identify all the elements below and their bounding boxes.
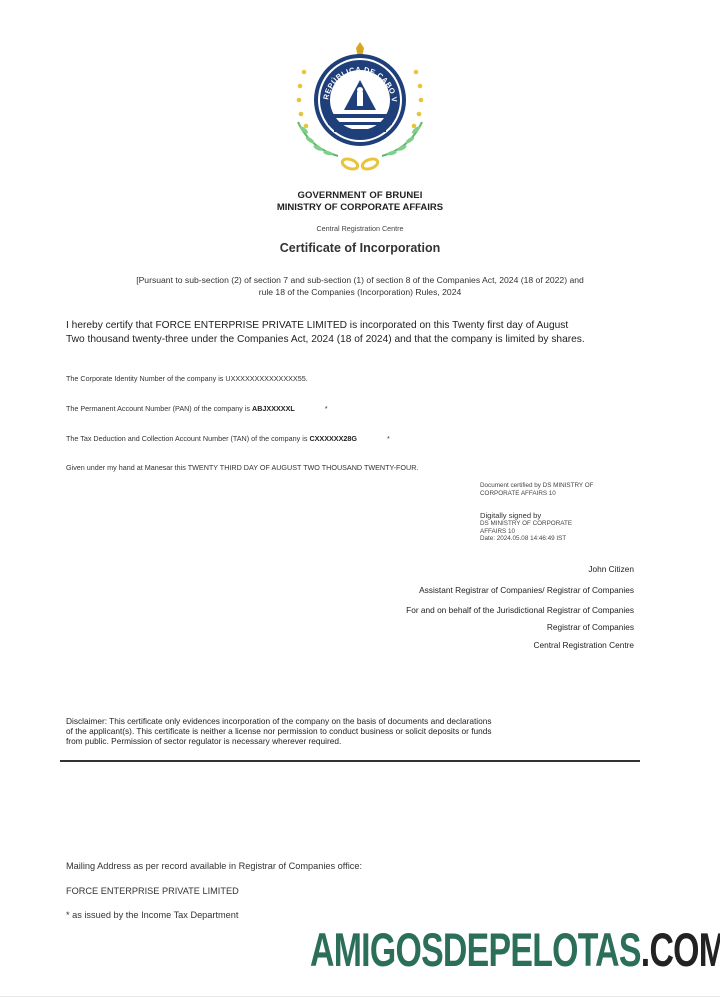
tan-line: The Tax Deduction and Collection Account… [66, 434, 390, 443]
signatory-name: John Citizen [588, 564, 634, 574]
government-heading: GOVERNMENT OF BRUNEI [0, 190, 720, 202]
tax-footnote: * as issued by the Income Tax Department [66, 910, 238, 920]
watermark-logo: AMIGOSDEPELOTAS.COM [310, 925, 720, 975]
pan-value: ABJXXXXXL [252, 404, 295, 413]
cin-line: The Corporate Identity Number of the com… [66, 374, 308, 383]
pan-asterisk: * [325, 404, 328, 413]
signatory-centre: Central Registration Centre [533, 640, 634, 650]
centre-subheading: Central Registration Centre [0, 224, 720, 233]
certificate-title: Certificate of Incorporation [0, 241, 720, 255]
certification-statement: I hereby certify that FORCE ENTERPRISE P… [66, 319, 646, 346]
disclaimer-text: Disclaimer: This certificate only eviden… [66, 716, 626, 747]
section-divider [60, 760, 640, 762]
digital-signature-block: Digitally signed by DS MINISTRY OF CORPO… [480, 512, 640, 543]
signatory-registrar: Registrar of Companies [547, 622, 634, 632]
bottom-divider [0, 996, 720, 997]
mailing-company-name: FORCE ENTERPRISE PRIVATE LIMITED [66, 886, 239, 896]
signature-date: Date: 2024.05.08 14:46:49 IST [480, 535, 640, 543]
given-under-hand-line: Given under my hand at Manesar this TWEN… [66, 463, 418, 472]
coat-of-arms-icon: REPÚBLICA DE CABO VERDE [290, 38, 430, 178]
signatory-behalf: For and on behalf of the Jurisdictional … [406, 605, 634, 615]
tan-asterisk: * [387, 434, 390, 443]
mailing-address-label: Mailing Address as per record available … [66, 861, 362, 871]
pan-line: The Permanent Account Number (PAN) of th… [66, 404, 328, 413]
pursuant-clause: [Pursuant to sub-section (2) of section … [80, 274, 640, 298]
document-certified-note: Document certified by DS MINISTRY OF COR… [480, 482, 640, 497]
ministry-heading: MINISTRY OF CORPORATE AFFAIRS [0, 202, 720, 214]
tan-value: CXXXXXX28G [309, 434, 357, 443]
signatory-role: Assistant Registrar of Companies/ Regist… [419, 585, 634, 595]
